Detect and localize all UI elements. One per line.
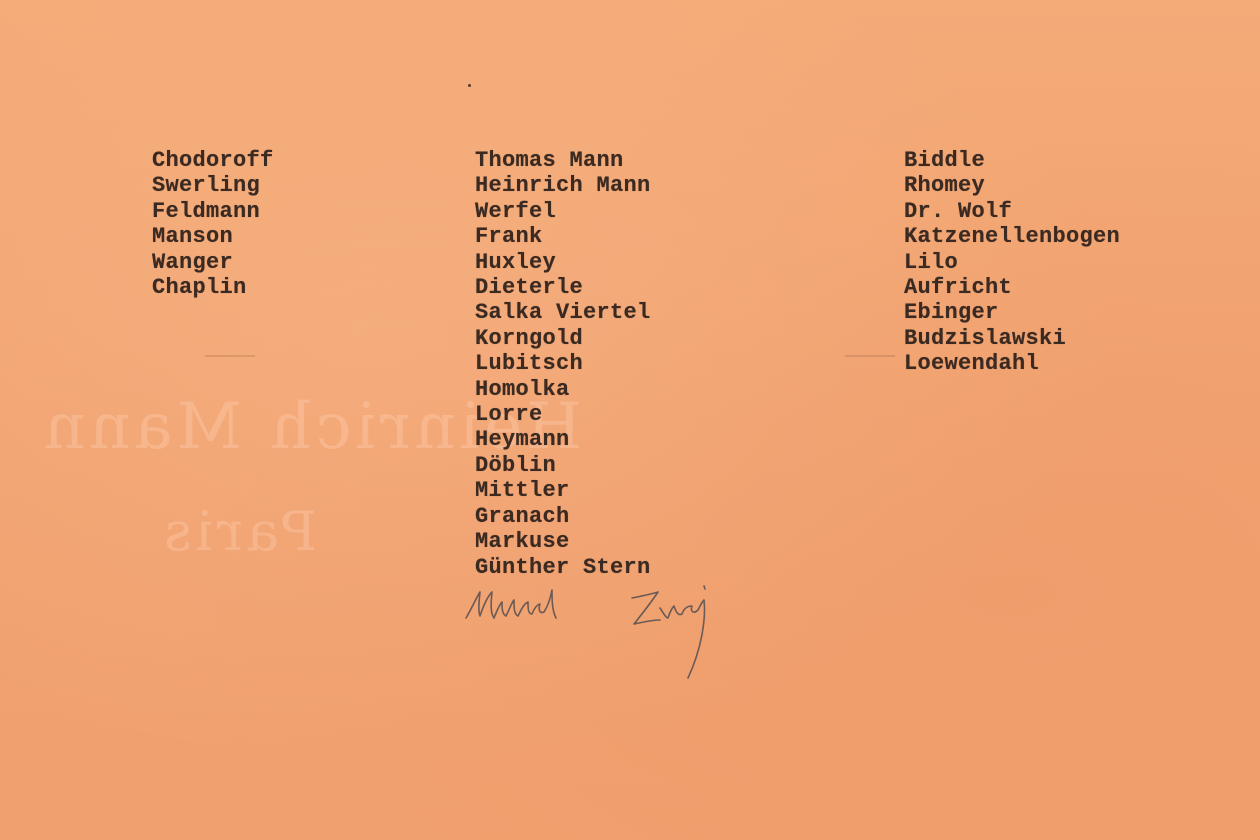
list-item: Huxley xyxy=(475,250,651,275)
list-item: Biddle xyxy=(904,148,1120,173)
show-through-text: Paris xyxy=(160,500,317,563)
list-item: Dieterle xyxy=(475,275,651,300)
list-item: Feldmann xyxy=(152,199,274,224)
list-item: Homolka xyxy=(475,377,651,402)
handwritten-signature: Michael Zweig xyxy=(462,578,732,688)
name-list-right: Biddle Rhomey Dr. Wolf Katzenellenbogen … xyxy=(904,148,1120,377)
list-item: Heinrich Mann xyxy=(475,173,651,198)
list-item: Thomas Mann xyxy=(475,148,651,173)
list-item: Budzislawski xyxy=(904,326,1120,351)
list-item: Rhomey xyxy=(904,173,1120,198)
ink-speck xyxy=(468,84,471,87)
list-item: Günther Stern xyxy=(475,555,651,580)
list-item: Wanger xyxy=(152,250,274,275)
list-item: Chaplin xyxy=(152,275,274,300)
list-item: Granach xyxy=(475,504,651,529)
name-list-left: Chodoroff Swerling Feldmann Manson Wange… xyxy=(152,148,274,300)
name-list-middle: Thomas Mann Heinrich Mann Werfel Frank H… xyxy=(475,148,651,580)
list-item: Mittler xyxy=(475,478,651,503)
list-item: Dr. Wolf xyxy=(904,199,1120,224)
list-item: Manson xyxy=(152,224,274,249)
list-item: Lilo xyxy=(904,250,1120,275)
list-item: Aufricht xyxy=(904,275,1120,300)
list-item: Katzenellenbogen xyxy=(904,224,1120,249)
list-item: Lorre xyxy=(475,402,651,427)
list-item: Loewendahl xyxy=(904,351,1120,376)
list-item: Ebinger xyxy=(904,300,1120,325)
list-item: Swerling xyxy=(152,173,274,198)
list-item: Döblin xyxy=(475,453,651,478)
list-item: Lubitsch xyxy=(475,351,651,376)
list-item: Chodoroff xyxy=(152,148,274,173)
list-item: Heymann xyxy=(475,427,651,452)
list-item: Salka Viertel xyxy=(475,300,651,325)
faint-mark xyxy=(205,355,255,357)
list-item: Frank xyxy=(475,224,651,249)
list-item: Werfel xyxy=(475,199,651,224)
list-item: Markuse xyxy=(475,529,651,554)
list-item: Korngold xyxy=(475,326,651,351)
faint-mark xyxy=(845,355,895,357)
